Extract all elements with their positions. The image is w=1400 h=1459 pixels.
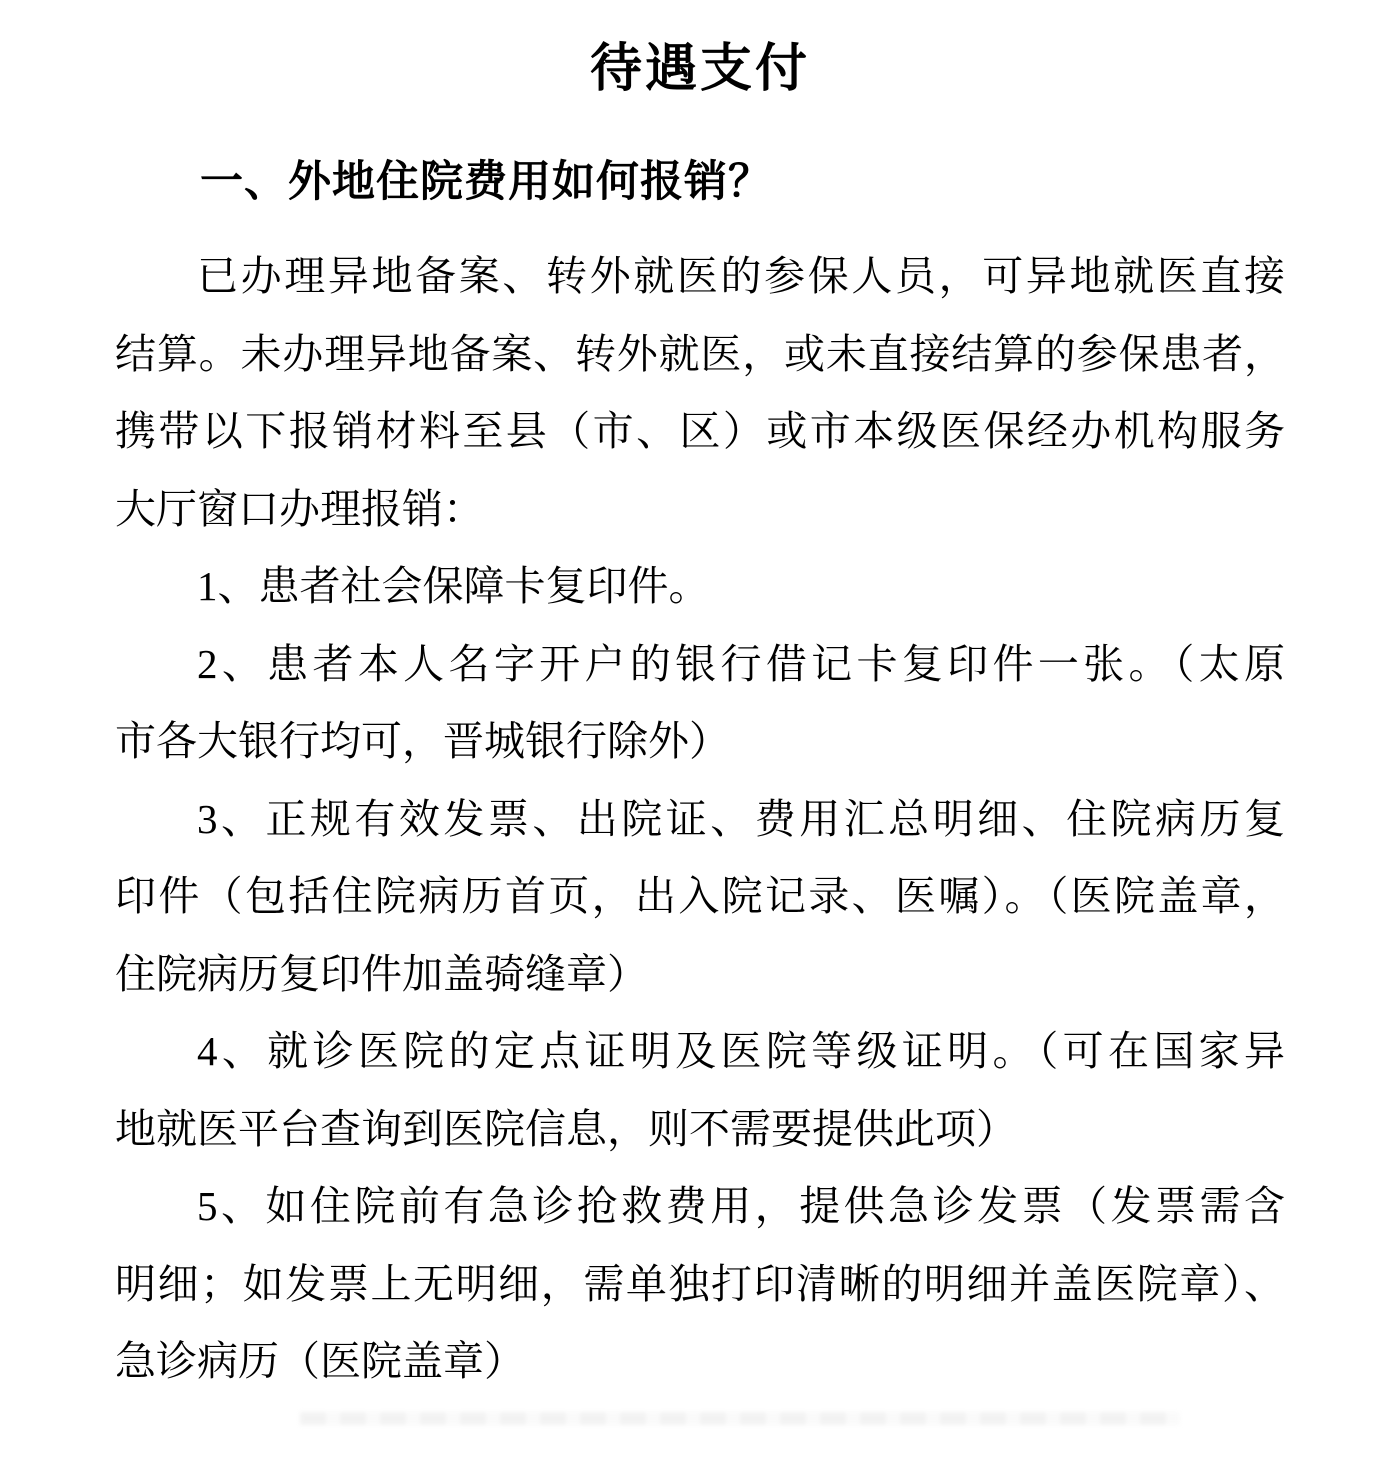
body-line: 结算。未办理异地备案、转外就医，或未直接结算的参保患者， bbox=[115, 316, 1285, 394]
faint-ghost-line bbox=[300, 1412, 1180, 1425]
body-line: 5、如住院前有急诊抢救费用，提供急诊发票（发票需含 bbox=[115, 1168, 1285, 1246]
body-line: 市各大银行均可，晋城银行除外） bbox=[115, 703, 1285, 781]
body-line: 明细；如发票上无明细，需单独打印清晰的明细并盖医院章）、 bbox=[115, 1246, 1285, 1324]
body-line: 大厅窗口办理报销： bbox=[115, 471, 1285, 549]
document-page: 待遇支付 一、外地住院费用如何报销？ 已办理异地备案、转外就医的参保人员，可异地… bbox=[0, 0, 1400, 1459]
body-line: 2、患者本人名字开户的银行借记卡复印件一张。（太原 bbox=[115, 626, 1285, 704]
body-line: 4、就诊医院的定点证明及医院等级证明。（可在国家异 bbox=[115, 1013, 1285, 1091]
document-body: 已办理异地备案、转外就医的参保人员，可异地就医直接结算。未办理异地备案、转外就医… bbox=[115, 238, 1285, 1401]
body-line: 住院病历复印件加盖骑缝章） bbox=[115, 936, 1285, 1014]
section-heading: 一、外地住院费用如何报销？ bbox=[200, 156, 772, 208]
body-line: 携带以下报销材料至县（市、区）或市本级医保经办机构服务 bbox=[115, 393, 1285, 471]
document-title: 待遇支付 bbox=[0, 40, 1400, 100]
body-line: 3、正规有效发票、出院证、费用汇总明细、住院病历复 bbox=[115, 781, 1285, 859]
body-line: 地就医平台查询到医院信息，则不需要提供此项） bbox=[115, 1091, 1285, 1169]
body-line: 已办理异地备案、转外就医的参保人员，可异地就医直接 bbox=[115, 238, 1285, 316]
body-line: 1、患者社会保障卡复印件。 bbox=[115, 548, 1285, 626]
body-line: 急诊病历（医院盖章） bbox=[115, 1323, 1285, 1401]
body-line: 印件（包括住院病历首页，出入院记录、医嘱）。（医院盖章， bbox=[115, 858, 1285, 936]
